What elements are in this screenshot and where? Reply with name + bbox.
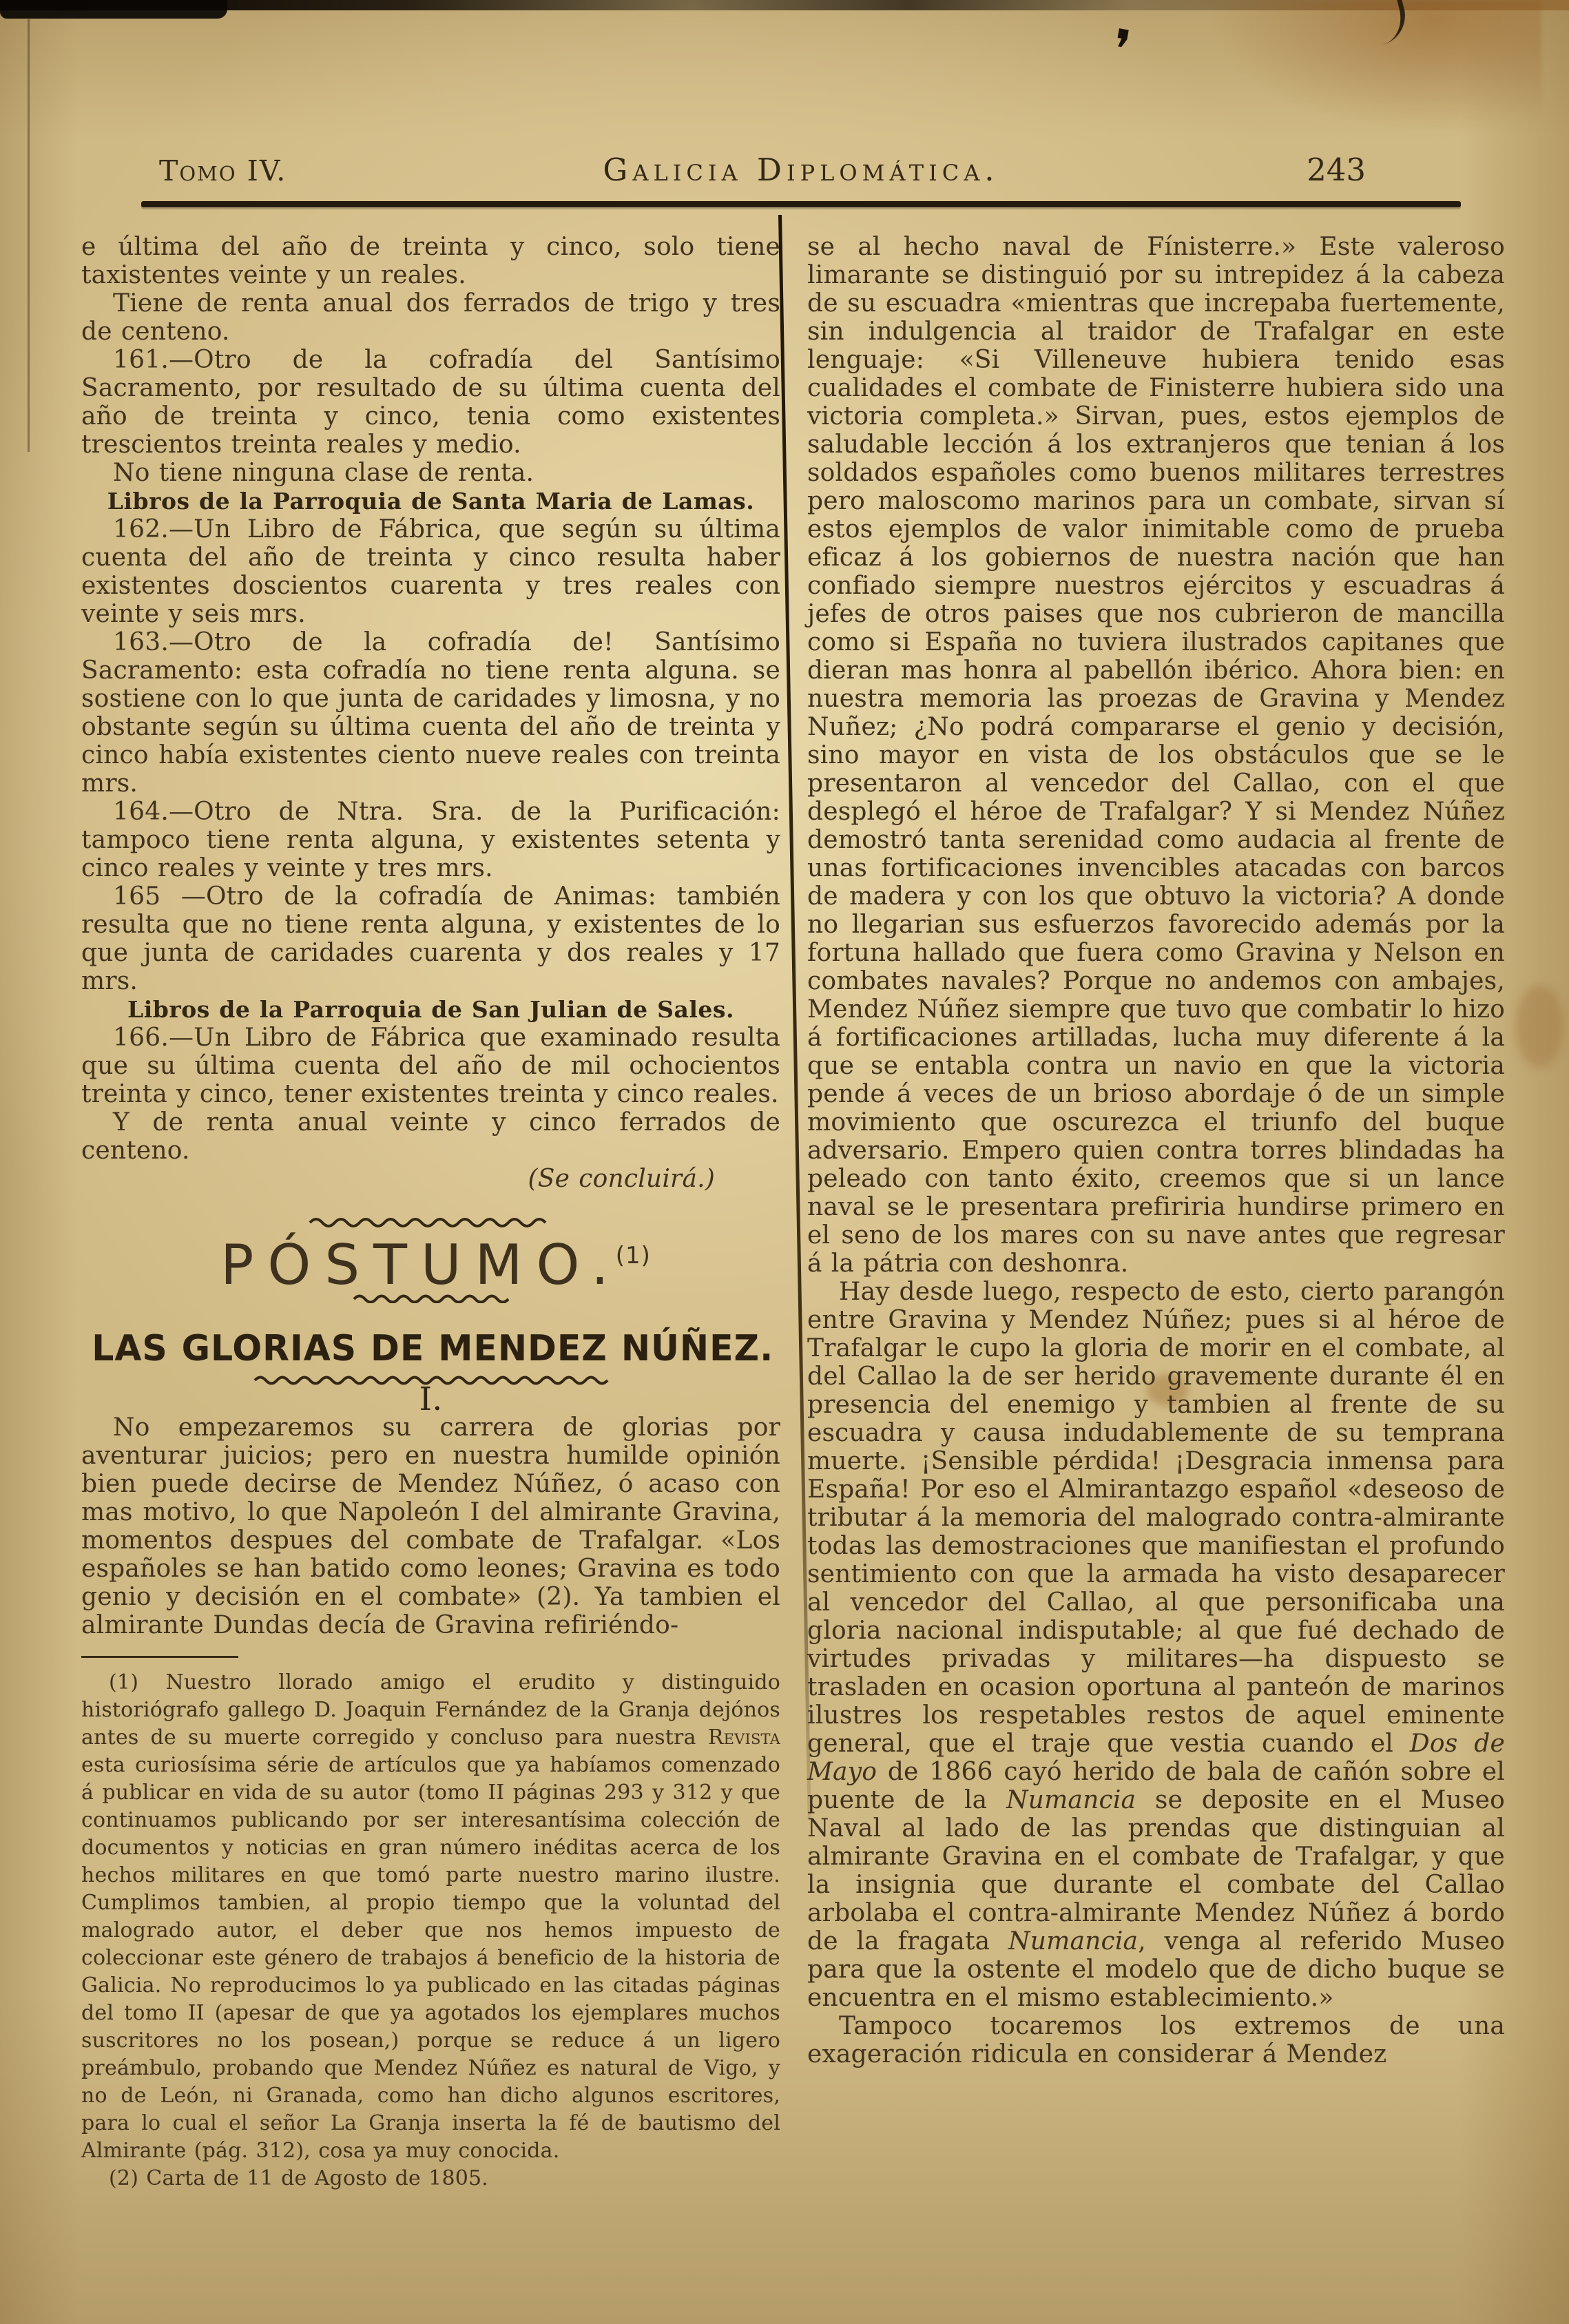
article-title-text: PÓSTUMO.: [220, 1233, 623, 1297]
parish-subheading: Libros de la Parroquia de Santa Maria de…: [81, 487, 780, 515]
scanned-page: ❜ Tomo IV. Galicia Diplomática. 243 e úl…: [0, 0, 1569, 2324]
ship-name-italic: Numancia: [1006, 1786, 1136, 1814]
column-divider: [778, 215, 811, 1820]
scan-binding-shadow: [0, 0, 227, 19]
paragraph: No tiene ninguna clase de renta.: [81, 459, 780, 487]
paragraph: 165 —Otro de la cofradía de Animas: tamb…: [81, 882, 780, 995]
paragraph: Y de renta anual veinte y cinco ferrados…: [81, 1108, 780, 1165]
right-column: se al hecho naval de Fínisterre.» Este v…: [807, 233, 1505, 2068]
wavy-divider: [307, 1216, 555, 1227]
parish-subheading: Libros de la Parroquia de San Julian de …: [81, 995, 780, 1024]
paragraph: Tiene de renta anual dos ferrados de tri…: [81, 289, 780, 346]
footnote-2: (2) Carta de 11 de Agosto de 1805.: [81, 2165, 780, 2192]
paragraph: se al hecho naval de Fínisterre.» Este v…: [807, 233, 1505, 1278]
footnote-rule: [81, 1656, 238, 1658]
footnote-reference: (1): [616, 1242, 651, 1269]
paragraph: 164.—Otro de Ntra. Sra. de la Purificaci…: [81, 798, 780, 882]
section-number: I.: [81, 1385, 780, 1413]
paragraph: e última del año de treinta y cinco, sol…: [81, 233, 780, 289]
scan-left-scratch: [28, 18, 30, 452]
ink-mark: ❜: [1107, 19, 1134, 83]
article-title: PÓSTUMO.(1): [81, 1251, 780, 1291]
left-column: e última del año de treinta y cinco, sol…: [81, 233, 780, 2192]
header-rule: [141, 201, 1461, 207]
paragraph: 166.—Un Libro de Fábrica que examinado r…: [81, 1024, 780, 1108]
running-header: Tomo IV. Galicia Diplomática. 243: [141, 152, 1461, 194]
footnote-1: (1) Nuestro llorado amigo el erudito y d…: [81, 1669, 780, 2165]
footnote-text: esta curiosísima série de artículos que …: [81, 1753, 780, 2163]
paragraph: 163.—Otro de la cofradía de! Santísimo S…: [81, 628, 780, 798]
paragraph: 161.—Otro de la cofradía del Santísimo S…: [81, 346, 780, 459]
journal-name-smallcaps: Revista: [708, 1725, 780, 1750]
article-subtitle: LAS GLORIAS DE MENDEZ NÚÑEZ.: [92, 1335, 770, 1363]
paragraph-text: Hay desde luego, respecto de esto, ciert…: [807, 1278, 1505, 1758]
foxing-spot: [1515, 985, 1563, 1068]
to-be-continued-note: (Se concluirá.): [81, 1165, 780, 1193]
paragraph: No empezaremos su carrera de glorias por…: [81, 1413, 780, 1639]
paragraph: 162.—Un Libro de Fábrica, que según su ú…: [81, 515, 780, 628]
page-number: 243: [1307, 152, 1366, 188]
footnote-text: (1) Nuestro llorado amigo el erudito y d…: [81, 1670, 780, 1750]
paragraph: Hay desde luego, respecto de esto, ciert…: [807, 1278, 1505, 2012]
volume-label: Tomo IV.: [159, 154, 287, 187]
journal-title: Galicia Diplomática.: [603, 152, 999, 188]
ship-name-italic: Numancia: [1008, 1927, 1138, 1955]
paragraph: Tampoco tocaremos los extremos de una ex…: [807, 2012, 1505, 2068]
